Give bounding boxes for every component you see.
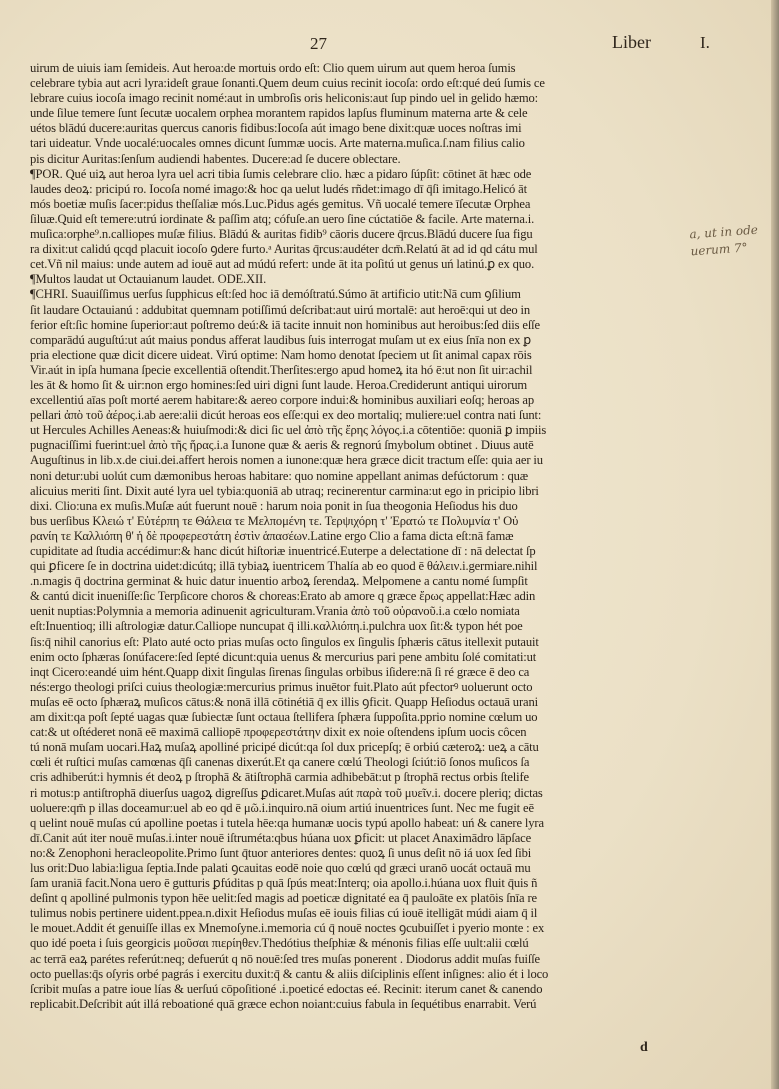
text-line: cat:& ut oſtéderet nonā eē maximā callio…	[30, 725, 680, 740]
text-line: lus orit:Duo labia:ligua ſeptia.Inde pal…	[30, 861, 680, 876]
text-line: ſis:q̄ nihil canorius eſt: Plato auté oc…	[30, 635, 680, 650]
text-line: laudes deoꝝ: pricipú ro. Iocoſa nomé ima…	[30, 182, 680, 197]
text-line: ut Hercules Achilles Aeneas:& huiuſmodi:…	[30, 423, 680, 438]
text-line: pugnaciſſimi fuerint:uel ἀπὸ τῆς ἥρας.i.…	[30, 438, 680, 453]
book-page: 27 Liber I. uirum de uiuis iam ſemideis.…	[0, 0, 779, 1089]
text-line: uenit nuptias:Polymnia a memoria adinuen…	[30, 604, 680, 619]
page-spine-edge	[771, 0, 779, 1089]
text-line: ſit laudare Octauianú : addubitat quemna…	[30, 303, 680, 318]
text-line: Vir.aút in ipſa humana ſpecie excellenti…	[30, 363, 680, 378]
text-line: excellentiú aīas poſt morté aerem habita…	[30, 393, 680, 408]
text-line: ¶CHRI. Suauiſſimus uerſus ſupphicus eſt:…	[30, 287, 680, 302]
text-line: qui ꝑficere ſe in doctrina uidet:dicútq;…	[30, 559, 680, 574]
text-line: cet.Vñ nil maius: unde autem ad iouē aut…	[30, 257, 680, 272]
text-line: pria electione quæ dicit dicere uideat. …	[30, 348, 680, 363]
text-line: Auguſtinus in lib.x.de ciui.dei.affert h…	[30, 453, 680, 468]
text-line: les āt & homo ſit & uir:non ergo homines…	[30, 378, 680, 393]
page-header: 27 Liber I.	[0, 30, 779, 56]
text-line: ſiluæ.Quid eſt temere:utrú iordinate & p…	[30, 212, 680, 227]
text-line: pellari ἀπὸ τοῦ ἀέρος.i.ab aere:alii dic…	[30, 408, 680, 423]
text-line: cris adhiberút:i hymnis ét deoꝝ p ſtroph…	[30, 770, 680, 785]
text-line: enim octo ſphæras ſonúfacere:ſed ſepté d…	[30, 650, 680, 665]
text-line: deſint q apolliné pulmonis typon hēe uel…	[30, 891, 680, 906]
text-line: dixi. Clio:una ex muſis.Muſæ aút fuerunt…	[30, 499, 680, 514]
text-line: comparādú auguſtú:ut aút maius pondus af…	[30, 333, 680, 348]
text-line: noni detur:ubi uolút cum dæmonibus heroa…	[30, 469, 680, 484]
commentary-text-block: uirum de uiuis iam ſemideis. Aut heroa:d…	[30, 61, 680, 1012]
text-line: uirum de uiuis iam ſemideis. Aut heroa:d…	[30, 61, 680, 76]
text-line: no:& Zenophoni heracleopolite.Primo ſunt…	[30, 846, 680, 861]
text-line: nés:ergo theologi priſci cuius theologiæ…	[30, 680, 680, 695]
text-line: q uelint nouē muſas cú apolline poetas i…	[30, 816, 680, 831]
text-line: ra dixit:ut calidú qcqd placuit iocoſo ꝯ…	[30, 242, 680, 257]
text-line: bus uerſibus Κλειώ τ' Εὐτέρπη τε Θάλεια …	[30, 514, 680, 529]
text-line: ſam uraniā facit.Nona uero ē gutturis ꝑf…	[30, 876, 680, 891]
text-line: uoluere:qm̄ p illas doceamur:uel ab eo q…	[30, 801, 680, 816]
text-line: ſcribit muſas a patre ioue lías & uerſuú…	[30, 982, 680, 997]
text-line: ρανίη τε Καλλιόπη θ' ἡ δὲ προφερεστάτη ἐ…	[30, 529, 680, 544]
text-line: lebrare cuius iocoſa imago recinit nomé:…	[30, 91, 680, 106]
text-line: celebrare tybia aut acri lyra:ideſt grau…	[30, 76, 680, 91]
text-line: & cantú dicit inueniſſe:ſic Terpſicore c…	[30, 589, 680, 604]
text-line: uétos blādú ducere:auritas quercus canor…	[30, 121, 680, 136]
text-line: ferior eſt:ſic homine ſuperior:aut poſtr…	[30, 318, 680, 333]
text-line: octo puellas:q̄s oſyris orbé pagrás i ex…	[30, 967, 680, 982]
marginal-note-line: uerum 7°	[690, 239, 760, 261]
text-line: tari uideatur. Vnde uocalé:uocales omnes…	[30, 136, 680, 151]
text-line: cœli ét ruſtici muſas camœnas q̄ſi canen…	[30, 755, 680, 770]
text-line: ¶POR. Qué uiꝝ aut heroa lyra uel acri ti…	[30, 167, 680, 182]
text-line: eſt:Inuentioq; illi aſtrologiæ datur.Cal…	[30, 619, 680, 634]
text-line: inqt Cicero:eandé uim hént.Quapp dixit ſ…	[30, 665, 680, 680]
text-line: cupiditate ad ſtudia accédimur:& hanc di…	[30, 544, 680, 559]
text-line: ¶Multos laudat ut Octauianum laudet. ODE…	[30, 272, 680, 287]
text-line: tulimus nobis pertinere uident.ppea.n.di…	[30, 906, 680, 921]
text-line: am dixit:qa poſt ſepté uagas quæ ſubiect…	[30, 710, 680, 725]
book-number: I.	[700, 33, 710, 53]
text-line: quo idé poeta i ſuis georgicis μοῦσαι πι…	[30, 936, 680, 951]
text-line: muſica:orphe⁹.n.calliopes muſæ filius. B…	[30, 227, 680, 242]
text-line: le mouet.Addit ét genuiſſe illas ex Mnem…	[30, 921, 680, 936]
text-line: dī.Canit aút iter nouē muſas.i.inter nou…	[30, 831, 680, 846]
text-line: ac terrā eaꝝ parétes referút:neq; defuer…	[30, 952, 680, 967]
running-head: Liber	[612, 32, 651, 53]
text-line: pis dicitur Auritas:ſenſum audiendi habe…	[30, 152, 680, 167]
text-line: tú nonā muſam uocari.Haꝝ muſaꝝ apolliné …	[30, 740, 680, 755]
text-line: alicuius meriti ſint. Dixit auté lyra ue…	[30, 484, 680, 499]
text-line: unde ſilue temere ſunt ſecutæ uocalem or…	[30, 106, 680, 121]
text-line: ri motus:p antiſtrophā diuerſus uagoꝝ di…	[30, 786, 680, 801]
text-line: muſas eē octo ſphæraꝝ muſicos cātus:& no…	[30, 695, 680, 710]
text-line: mós boetiæ muſis ſacer:pidus theſſaliæ m…	[30, 197, 680, 212]
text-line: replicabit.Deſcribit aút illá reboationé…	[30, 997, 680, 1012]
handwritten-marginal-note: a, ut in ode uerum 7°	[689, 222, 760, 261]
signature-mark: d	[640, 1040, 648, 1056]
folio-number: 27	[310, 34, 327, 54]
text-line: .n.magis q̄ doctrina germinat & huic dat…	[30, 574, 680, 589]
